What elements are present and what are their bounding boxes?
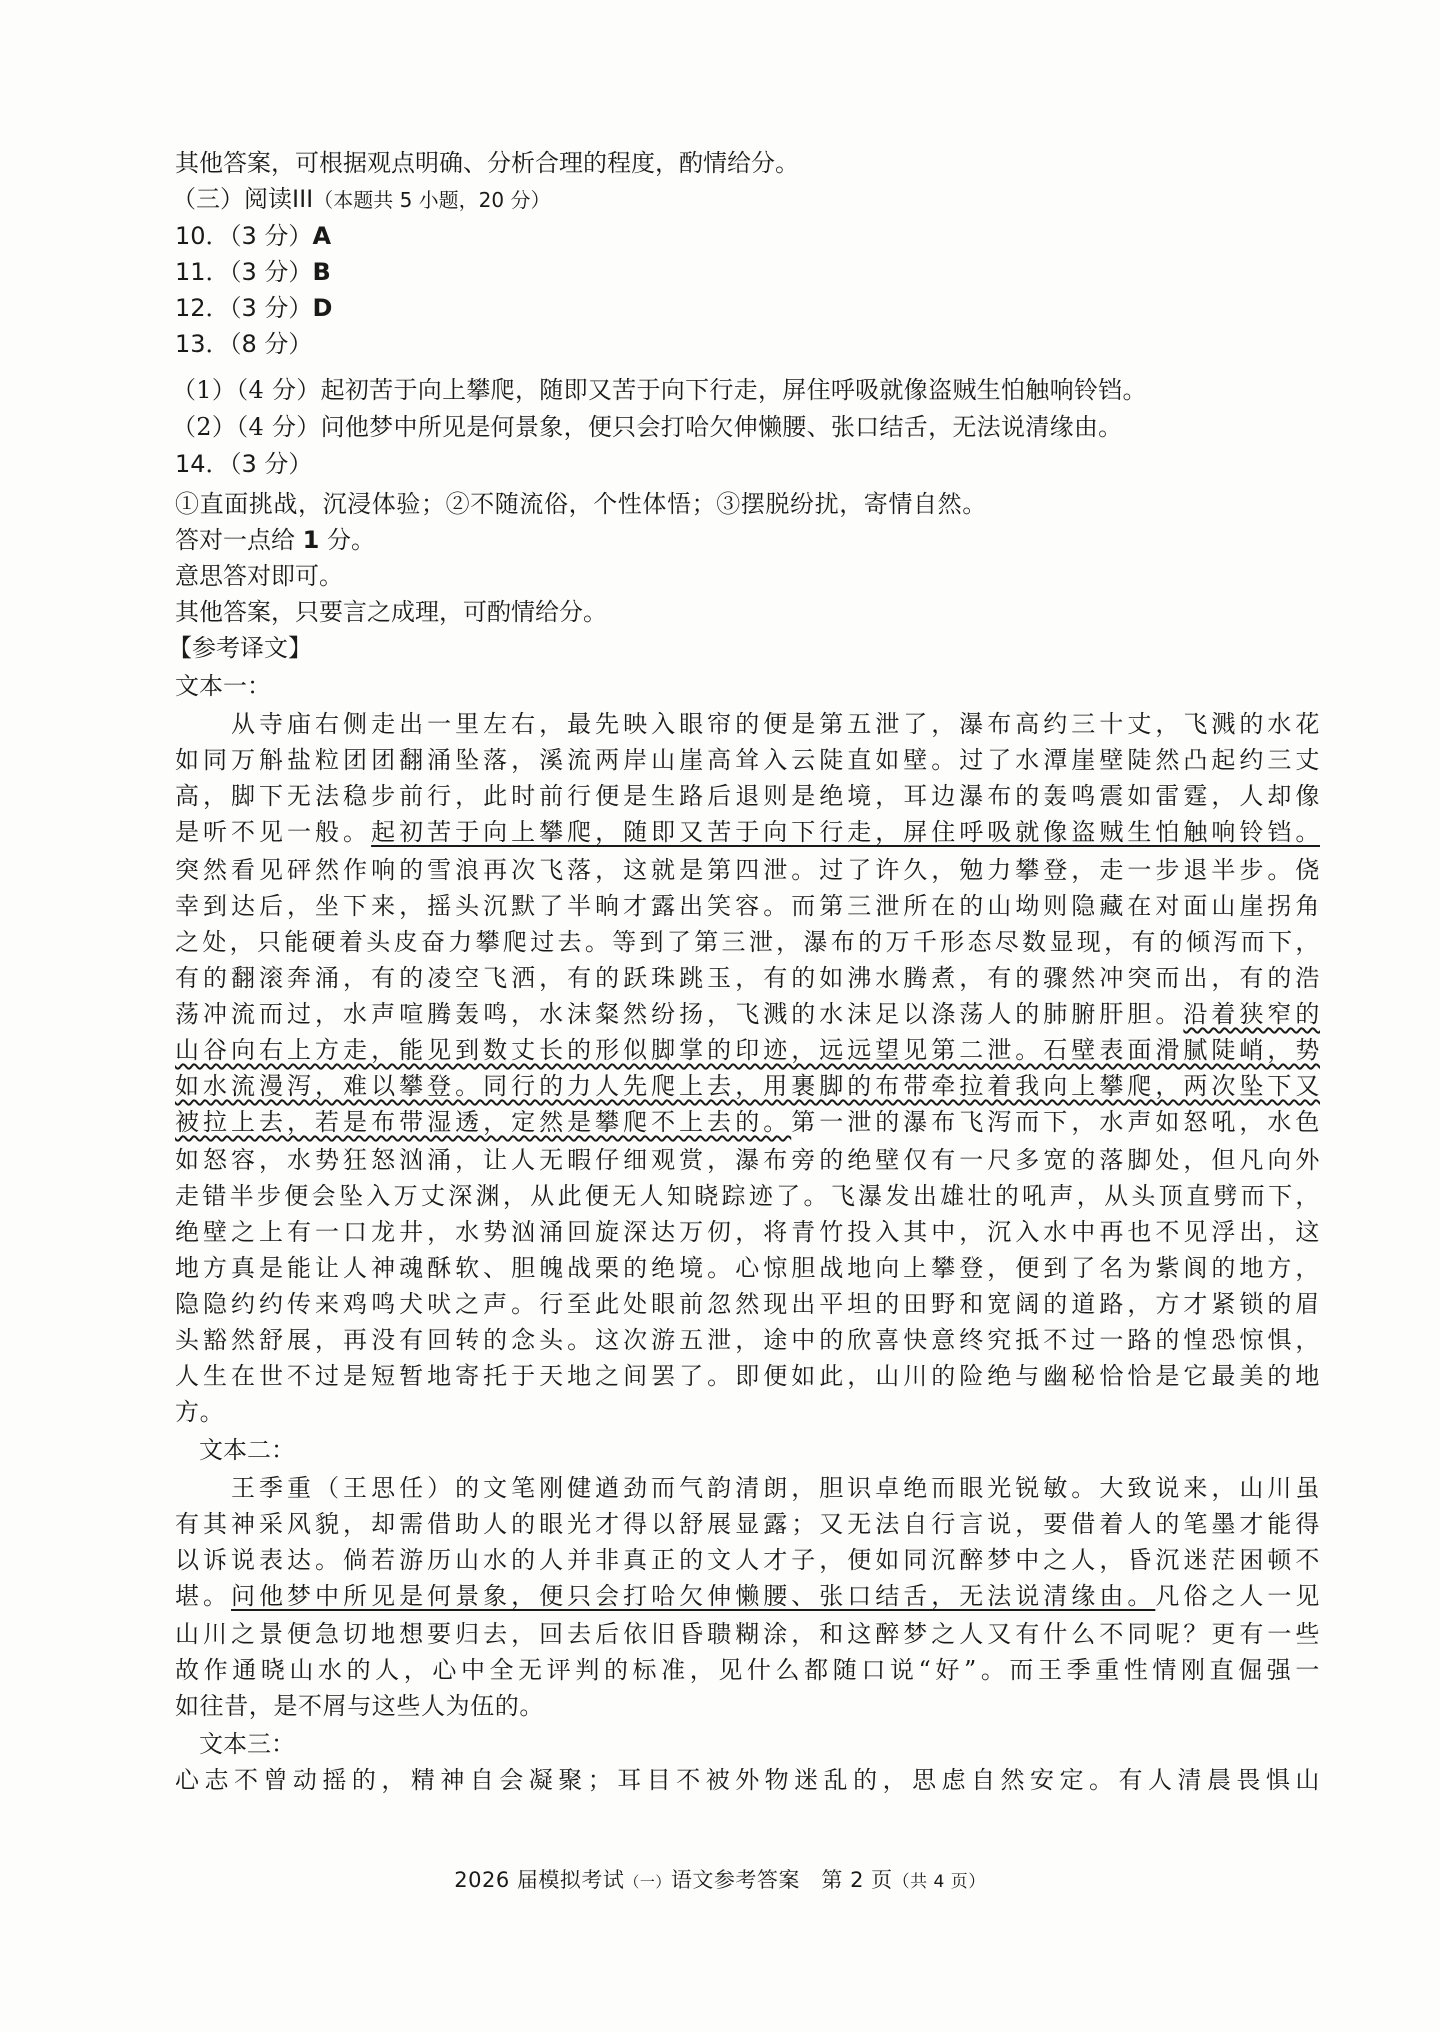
text1-segment: 隐隐约约传来鸡鸣犬吠之声。行至此处眼前忽然现出平坦的田野和宽阔的道路，方才紧锁的…	[175, 1290, 1320, 1318]
text2-segment: 山川之景便急切地想要归去，回去后依旧昏聩糊涂，和这醉梦之人又有什么不同呢？更有一…	[175, 1620, 1320, 1648]
answer-choice: A	[312, 222, 331, 250]
text1-segment: 是听不见一般。	[175, 818, 371, 846]
text1-segment: 方。	[175, 1398, 224, 1426]
text1-segment: 幸到达后，坐下来，摇头沉默了半晌才露出笑容。而第三泄所在的山坳则隐藏在对面山崖拐…	[175, 892, 1320, 920]
text1-line: 之处，只能硬着头皮奋力攀爬过去。等到了第三泄，瀑布的万千形态尽数显现，有的倾泻而…	[175, 924, 1320, 960]
text1-segment: 如同万斛盐粒团团翻涌坠落，溪流两岸山崖高耸入云陡直如壁。过了水潭崖壁陡然凸起约三…	[175, 746, 1320, 774]
footer-exam-number: （一）	[624, 1873, 671, 1891]
scoring-note-meaning: 意思答对即可。	[175, 558, 1320, 594]
text1-line: 头豁然舒展，再没有回转的念头。这次游五泄，途中的欣喜快意终究抵不过一路的惶恐惊惧…	[175, 1322, 1320, 1358]
footer-page-total: （共 4 页）	[893, 1872, 986, 1892]
text1-line: 高，脚下无法稳步前行，此时前行便是生路后退则是绝境，耳边瀑布的轰鸣震如雷霆，人却…	[175, 778, 1320, 814]
text2-segment: 王季重（王思任）的文笔刚健遒劲而气韵清朗，胆识卓绝而眼光锐敏。大致说来，山川虽	[175, 1474, 1320, 1502]
text2-label: 文本二：	[199, 1432, 1344, 1468]
text1-line: 荡冲流而过，水声喧腾轰鸣，水沫粲然纷扬，飞溅的水沫足以涤荡人的肺腑肝胆。沿着狭窄…	[175, 996, 1320, 1032]
text1-line: 被拉上去，若是布带湿透，定然是攀爬不上去的。第一泄的瀑布飞泻而下，水声如怒吼，水…	[175, 1104, 1320, 1140]
answer-key-page: 其他答案，可根据观点明确、分析合理的程度，酌情给分。 （三）阅读III（本题共 …	[0, 0, 1440, 2032]
text1-line: 突然看见砰然作响的雪浪再次飞落，这就是第四泄。过了许久，勉力攀登，走一步退半步。…	[175, 852, 1320, 888]
text1-line: 方。	[175, 1394, 1320, 1430]
text1-segment: 地方真是能让人神魂酥软、胆魄战栗的绝境。心惊胆战地向上攀登，便到了名为紫阆的地方…	[175, 1254, 1320, 1282]
underlined-key-sentence: 起初苦于向上攀爬，随即又苦于向下行走，屏住呼吸就像盗贼生怕触响铃铛。	[371, 818, 1320, 846]
text3-segment: 心志不曾动摇的，精神自会凝聚；耳目不被外物迷乱的，思虑自然安定。有人清晨畏惧山	[175, 1766, 1320, 1794]
answer-10: 10．（3 分）A	[175, 218, 1320, 254]
reference-translation-heading: 【参考译文】	[168, 630, 1313, 666]
answer-13-heading: 13．（8 分）	[175, 326, 1320, 362]
page-footer: 2026 届模拟考试（一）语文参考答案 第 2 页（共 4 页）	[0, 1864, 1440, 1898]
text1-line: 绝壁之上有一口龙井，水势汹涌回旋深达万仞，将青竹投入其中，沉入水中再也不见浮出，…	[175, 1214, 1320, 1250]
scoring-rule-text: 分。	[319, 526, 375, 554]
text2-line: 王季重（王思任）的文笔刚健遒劲而气韵清朗，胆识卓绝而眼光锐敏。大致说来，山川虽	[175, 1470, 1320, 1506]
text1-line: 人生在世不过是短暂地寄托于天地之间罢了。即便如此，山川的险绝与幽秘恰恰是它最美的…	[175, 1358, 1320, 1394]
text1-segment: 走错半步便会坠入万丈深渊，从此便无人知晓踪迹了。飞瀑发出雄壮的吼声，从头顶直劈而…	[175, 1182, 1320, 1210]
text1-line: 山谷向右上方走，能见到数丈长的形似脚掌的印迹，远远望见第二泄。石壁表面滑腻陡峭，…	[175, 1032, 1320, 1068]
text2-segment: 凡俗之人一见	[1155, 1582, 1320, 1610]
footer-page-info: 语文参考答案 第 2 页	[671, 1868, 893, 1892]
answer-14-points: ①直面挑战，沉浸体验；②不随流俗，个性体悟；③摆脱纷扰，寄情自然。	[175, 486, 1320, 522]
text3-line: 心志不曾动摇的，精神自会凝聚；耳目不被外物迷乱的，思虑自然安定。有人清晨畏惧山	[175, 1762, 1320, 1798]
text2-line: 有其神采风貌，却需借助人的眼光才得以舒展显露；又无法自行言说，要借着人的笔墨才能…	[175, 1506, 1320, 1542]
answer-13-part-2: （2）（4 分）问他梦中所见是何景象，便只会打哈欠伸懒腰、张口结舌，无法说清缘由…	[172, 409, 1317, 445]
answer-11: 11．（3 分）B	[175, 254, 1320, 290]
answer-14-heading: 14．（3 分）	[175, 446, 1320, 482]
text1-line: 如怒容，水势狂怒汹涌，让人无暇仔细观赏，瀑布旁的绝壁仅有一尺多宽的落脚处，但凡向…	[175, 1142, 1320, 1178]
text1-segment: 如怒容，水势狂怒汹涌，让人无暇仔细观赏，瀑布旁的绝壁仅有一尺多宽的落脚处，但凡向…	[175, 1146, 1320, 1174]
text1-line: 如同万斛盐粒团团翻涌坠落，溪流两岸山崖高耸入云陡直如壁。过了水潭崖壁陡然凸起约三…	[175, 742, 1320, 778]
answer-13-part-1: （1）（4 分）起初苦于向上攀爬，随即又苦于向下行走，屏住呼吸就像盗贼生怕触响铃…	[172, 372, 1317, 408]
text2-segment: 有其神采风貌，却需借助人的眼光才得以舒展显露；又无法自行言说，要借着人的笔墨才能…	[175, 1510, 1320, 1538]
text1-segment: 人生在世不过是短暂地寄托于天地之间罢了。即便如此，山川的险绝与幽秘恰恰是它最美的…	[175, 1362, 1320, 1390]
text1-line: 是听不见一般。起初苦于向上攀爬，随即又苦于向下行走，屏住呼吸就像盗贼生怕触响铃铛…	[175, 814, 1320, 850]
text1-segment: 荡冲流而过，水声喧腾轰鸣，水沫粲然纷扬，飞溅的水沫足以涤荡人的肺腑肝胆。	[175, 1000, 1183, 1028]
text1-segment: 突然看见砰然作响的雪浪再次飞落，这就是第四泄。过了许久，勉力攀登，走一步退半步。…	[175, 856, 1320, 884]
text1-label: 文本一：	[175, 668, 1320, 704]
text1-segment: 从寺庙右侧走出一里左右，最先映入眼帘的便是第五泄了，瀑布高约三十丈，飞溅的水花	[175, 710, 1320, 738]
text2-segment: 堪。	[175, 1582, 231, 1610]
text1-segment: 有的翻滚奔涌，有的凌空飞洒，有的跃珠跳玉，有的如沸水腾煮，有的骤然冲突而出，有的…	[175, 964, 1320, 992]
text1-segment: 第一泄的瀑布飞泻而下，水声如怒吼，水色	[791, 1108, 1320, 1136]
scoring-note: 其他答案，可根据观点明确、分析合理的程度，酌情给分。	[175, 145, 1320, 181]
text1-line: 从寺庙右侧走出一里左右，最先映入眼帘的便是第五泄了，瀑布高约三十丈，飞溅的水花	[175, 706, 1320, 742]
text2-line: 堪。问他梦中所见是何景象，便只会打哈欠伸懒腰、张口结舌，无法说清缘由。凡俗之人一…	[175, 1578, 1320, 1614]
section-title: （三）阅读III	[172, 185, 313, 213]
text1-segment: 头豁然舒展，再没有回转的念头。这次游五泄，途中的欣喜快意终究抵不过一路的惶恐惊惧…	[175, 1326, 1320, 1354]
footer-exam-name: 2026 届模拟考试	[454, 1868, 624, 1892]
text3-label: 文本三：	[199, 1726, 1344, 1762]
text2-line: 以诉说表达。倘若游历山水的人并非真正的文人才子，便如同沉醉梦中之人，昏沉迷茫困顿…	[175, 1542, 1320, 1578]
wavy-underlined-passage: 山谷向右上方走，能见到数丈长的形似脚掌的印迹，远远望见第二泄。石壁表面滑腻陡峭，…	[175, 1036, 1320, 1064]
text2-line: 山川之景便急切地想要归去，回去后依旧昏聩糊涂，和这醉梦之人又有什么不同呢？更有一…	[175, 1616, 1320, 1652]
text2-segment: 以诉说表达。倘若游历山水的人并非真正的文人才子，便如同沉醉梦中之人，昏沉迷茫困顿…	[175, 1546, 1320, 1574]
text2-line: 故作通晓山水的人，心中全无评判的标准，见什么都随口说“好”。而王季重性情刚直倔强…	[175, 1652, 1320, 1688]
text2-line: 如往昔，是不屑与这些人为伍的。	[175, 1688, 1320, 1724]
scoring-rule-points: 1	[303, 526, 320, 554]
text2-segment: 故作通晓山水的人，心中全无评判的标准，见什么都随口说“好”。而王季重性情刚直倔强…	[175, 1656, 1320, 1684]
text1-line: 走错半步便会坠入万丈深渊，从此便无人知晓踪迹了。飞瀑发出雄壮的吼声，从头顶直劈而…	[175, 1178, 1320, 1214]
answer-choice: D	[312, 294, 332, 322]
scoring-rule: 答对一点给 1 分。	[175, 522, 1320, 558]
text1-line: 地方真是能让人神魂酥软、胆魄战栗的绝境。心惊胆战地向上攀登，便到了名为紫阆的地方…	[175, 1250, 1320, 1286]
text1-line: 如水流漫泻，难以攀登。同行的力人先爬上去，用裹脚的布带牵拉着我向上攀爬，两次坠下…	[175, 1068, 1320, 1104]
text1-segment: 绝壁之上有一口龙井，水势汹涌回旋深达万仞，将青竹投入其中，沉入水中再也不见浮出，…	[175, 1218, 1320, 1246]
text1-segment: 之处，只能硬着头皮奋力攀爬过去。等到了第三泄，瀑布的万千形态尽数显现，有的倾泻而…	[175, 928, 1320, 956]
answer-choice: B	[312, 258, 330, 286]
text2-segment: 如往昔，是不屑与这些人为伍的。	[175, 1692, 544, 1720]
section-heading: （三）阅读III（本题共 5 小题，20 分）	[172, 181, 1317, 217]
wavy-underlined-passage: 如水流漫泻，难以攀登。同行的力人先爬上去，用裹脚的布带牵拉着我向上攀爬，两次坠下…	[175, 1072, 1320, 1100]
question-number: 12．（3 分）	[175, 294, 312, 322]
question-number: 10．（3 分）	[175, 222, 312, 250]
scoring-rule-text: 答对一点给	[175, 526, 303, 554]
text1-line: 有的翻滚奔涌，有的凌空飞洒，有的跃珠跳玉，有的如沸水腾煮，有的骤然冲突而出，有的…	[175, 960, 1320, 996]
wavy-underlined-passage: 沿着狭窄的	[1183, 1000, 1320, 1028]
section-meta: （本题共 5 小题，20 分）	[313, 188, 550, 212]
question-number: 11．（3 分）	[175, 258, 312, 286]
text1-segment: 高，脚下无法稳步前行，此时前行便是生路后退则是绝境，耳边瀑布的轰鸣震如雷霆，人却…	[175, 782, 1320, 810]
wavy-underlined-passage: 被拉上去，若是布带湿透，定然是攀爬不上去的。	[175, 1108, 791, 1136]
text1-line: 隐隐约约传来鸡鸣犬吠之声。行至此处眼前忽然现出平坦的田野和宽阔的道路，方才紧锁的…	[175, 1286, 1320, 1322]
text1-line: 幸到达后，坐下来，摇头沉默了半晌才露出笑容。而第三泄所在的山坳则隐藏在对面山崖拐…	[175, 888, 1320, 924]
scoring-note-other: 其他答案，只要言之成理，可酌情给分。	[175, 594, 1320, 630]
underlined-key-sentence: 问他梦中所见是何景象，便只会打哈欠伸懒腰、张口结舌，无法说清缘由。	[231, 1582, 1155, 1610]
answer-12: 12．（3 分）D	[175, 290, 1320, 326]
